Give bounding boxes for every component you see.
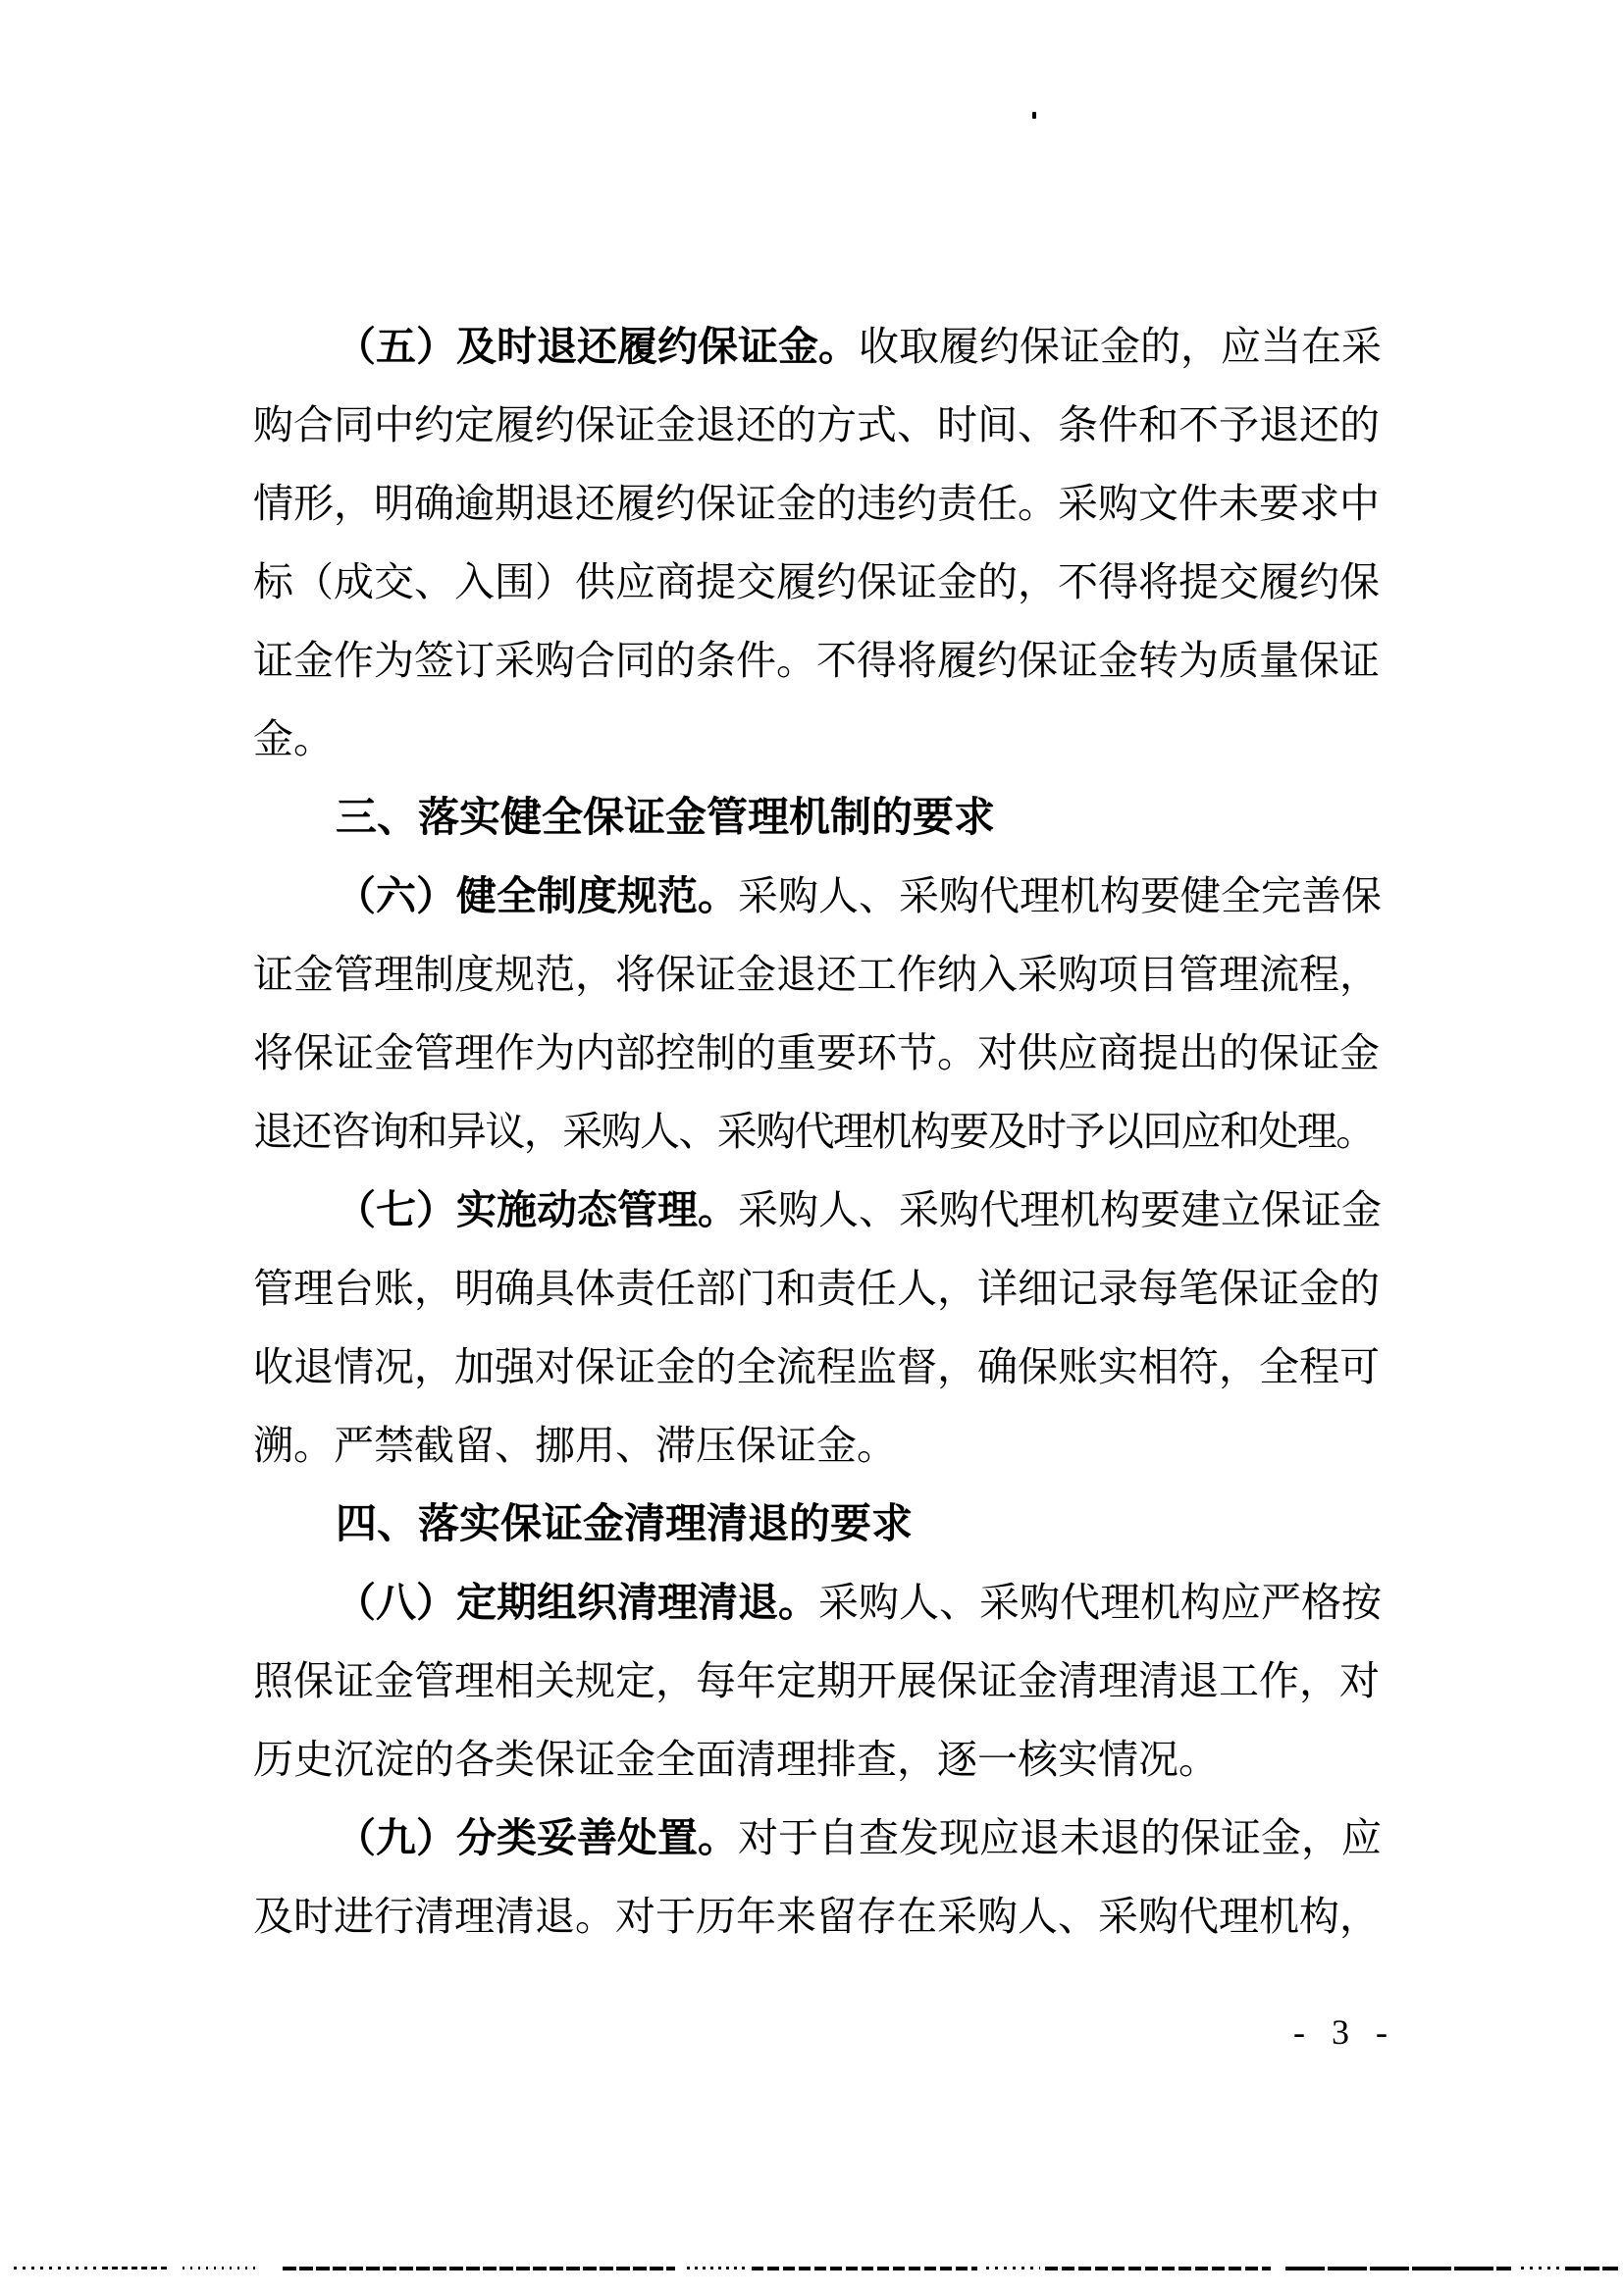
paragraph-line: （七）实施动态管理。采购人、采购代理机构要建立保证金 — [253, 1171, 1380, 1249]
scan-edge-segment — [283, 2267, 675, 2270]
scan-edge-segment — [1565, 2267, 1619, 2270]
paragraph-line: 购合同中约定履约保证金退还的方式、时间、条件和不予退还的 — [253, 386, 1380, 464]
line-text: 对于自查发现应退未退的保证金，应 — [738, 1815, 1382, 1860]
paragraph-line: （六）健全制度规范。采购人、采购代理机构要健全完善保 — [253, 857, 1380, 935]
clause-title: （五）及时退还履约保证金。 — [336, 324, 859, 369]
scan-edge-segment — [1521, 2267, 1560, 2270]
paragraph-line: （五）及时退还履约保证金。收取履约保证金的，应当在采 — [253, 307, 1380, 386]
document-body: （五）及时退还履约保证金。收取履约保证金的，应当在采 购合同中约定履约保证金退还… — [253, 307, 1380, 1956]
paragraph-line: 历史沉淀的各类保证金全面清理排查，逐一核实情况。 — [253, 1720, 1380, 1799]
scan-edge-artifact — [0, 2267, 1623, 2272]
scanned-document-page: （五）及时退还履约保证金。收取履约保证金的，应当在采 购合同中约定履约保证金退还… — [0, 0, 1623, 2296]
paragraph-line: 照保证金管理相关规定，每年定期开展保证金清理清退工作，对 — [253, 1642, 1380, 1720]
paragraph-line: 收退情况，加强对保证金的全流程监督，确保账实相符，全程可 — [253, 1328, 1380, 1406]
scan-edge-segment — [1285, 2267, 1511, 2270]
line-text: 管理台账，明确具体责任部门和责任人，详细记录每笔保证金的 — [253, 1266, 1380, 1311]
paragraph-line: 标（成交、入围）供应商提交履约保证金的，不得将提交履约保 — [253, 543, 1380, 621]
paragraph-line: （八）定期组织清理清退。采购人、采购代理机构应严格按 — [253, 1563, 1380, 1642]
page-number: - 3 - — [1293, 2011, 1396, 2053]
paragraph-line: （九）分类妥善处置。对于自查发现应退未退的保证金，应 — [253, 1799, 1380, 1877]
line-text: 证金管理制度规范，将保证金退还工作纳入采购项目管理流程， — [253, 952, 1380, 997]
line-text: 收退情况，加强对保证金的全流程监督，确保账实相符，全程可 — [253, 1344, 1380, 1389]
clause-title: （六）健全制度规范。 — [336, 873, 738, 918]
line-text: 历史沉淀的各类保证金全面清理排查，逐一核实情况。 — [253, 1737, 1219, 1782]
line-text: 情形，明确逾期退还履约保证金的违约责任。采购文件未要求中 — [253, 481, 1380, 526]
paragraph-line: 及时进行清理清退。对于历年来留存在采购人、采购代理机构， — [253, 1877, 1380, 1956]
paragraph-line: 情形，明确逾期退还履约保证金的违约责任。采购文件未要求中 — [253, 464, 1380, 543]
line-text: 照保证金管理相关规定，每年定期开展保证金清理清退工作，对 — [253, 1658, 1380, 1703]
line-text: 退还咨询和异议，采购人、采购代理机构要及时予以回应和处理。 — [253, 1109, 1375, 1154]
line-text: 采购人、采购代理机构要建立保证金 — [738, 1187, 1382, 1232]
line-text: 收取履约保证金的，应当在采 — [859, 324, 1382, 369]
paragraph-line: 证金管理制度规范，将保证金退还工作纳入采购项目管理流程， — [253, 935, 1380, 1014]
heading-text: 四、落实保证金清理清退的要求 — [336, 1500, 913, 1546]
scan-edge-segment — [687, 2267, 746, 2270]
line-text: 将保证金管理作为内部控制的重要环节。对供应商提出的保证金 — [253, 1030, 1380, 1075]
line-text: 溯。严禁截留、挪用、滞压保证金。 — [253, 1423, 897, 1468]
line-text: 及时进行清理清退。对于历年来留存在采购人、采购代理机构， — [253, 1894, 1380, 1939]
clause-title: （七）实施动态管理。 — [336, 1187, 738, 1232]
section-heading: 三、落实健全保证金管理机制的要求 — [253, 778, 1380, 857]
heading-text: 三、落实健全保证金管理机制的要求 — [336, 794, 995, 840]
scan-edge-segment — [752, 2267, 977, 2270]
paragraph-line: 管理台账，明确具体责任部门和责任人，详细记录每笔保证金的 — [253, 1249, 1380, 1328]
scan-edge-segment — [986, 2267, 1040, 2270]
line-text: 购合同中约定履约保证金退还的方式、时间、条件和不予退还的 — [253, 402, 1380, 447]
scan-dot-artifact — [1032, 112, 1036, 119]
line-text: 标（成交、入围）供应商提交履约保证金的，不得将提交履约保 — [253, 559, 1380, 604]
paragraph-line: 溯。严禁截留、挪用、滞压保证金。 — [253, 1406, 1380, 1485]
scan-edge-segment — [183, 2267, 261, 2270]
scan-edge-segment — [14, 2267, 96, 2270]
scan-edge-segment — [1045, 2267, 1271, 2270]
section-heading: 四、落实保证金清理清退的要求 — [253, 1485, 1380, 1563]
paragraph-line: 金。 — [253, 700, 1380, 778]
paragraph-line: 将保证金管理作为内部控制的重要环节。对供应商提出的保证金 — [253, 1014, 1380, 1092]
paragraph-line: 证金作为签订采购合同的条件。不得将履约保证金转为质量保证 — [253, 621, 1380, 700]
line-text: 证金作为签订采购合同的条件。不得将履约保证金转为质量保证 — [253, 638, 1380, 683]
line-text: 采购人、采购代理机构要健全完善保 — [738, 873, 1382, 918]
line-text: 金。 — [253, 716, 334, 761]
clause-title: （八）定期组织清理清退。 — [336, 1580, 818, 1625]
scan-edge-segment — [102, 2267, 171, 2270]
line-text: 采购人、采购代理机构应严格按 — [818, 1580, 1382, 1625]
paragraph-line: 退还咨询和异议，采购人、采购代理机构要及时予以回应和处理。 — [253, 1092, 1380, 1171]
clause-title: （九）分类妥善处置。 — [336, 1815, 738, 1860]
